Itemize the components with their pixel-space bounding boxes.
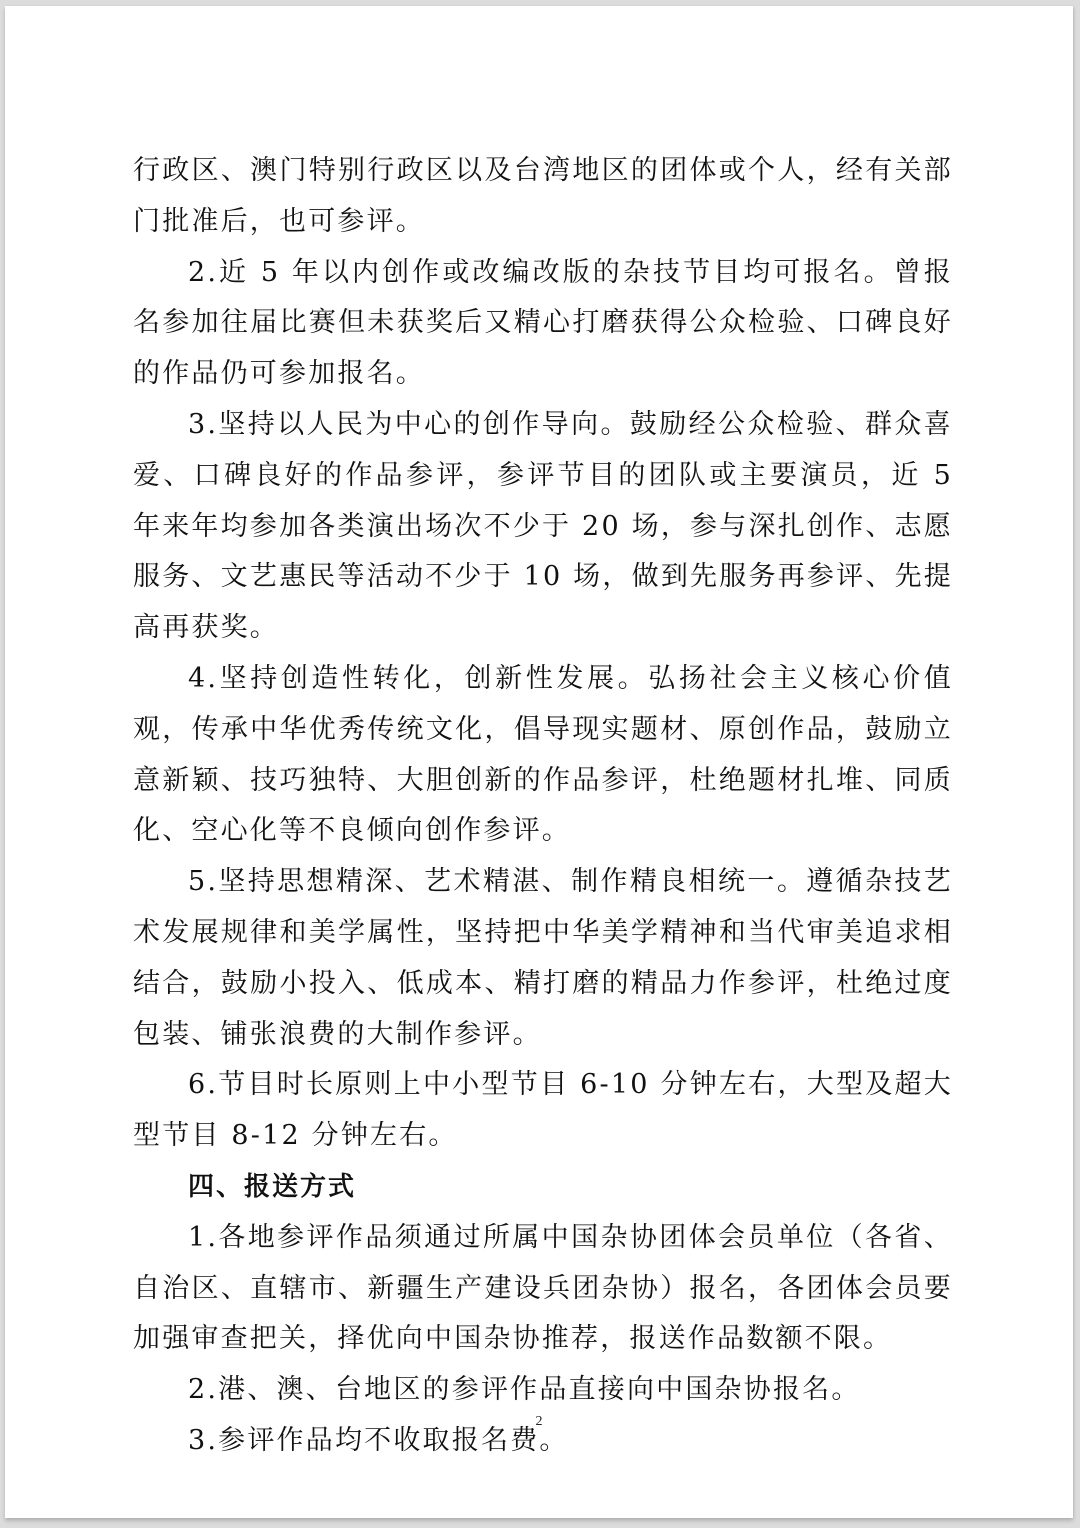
paragraph-item-4: 4.坚持创造性转化，创新性发展。弘扬社会主义核心价值观，传承中华优秀传统文化，倡… [133, 654, 953, 857]
page-number: 2 [5, 1414, 1073, 1430]
document-body: 行政区、澳门特别行政区以及台湾地区的团体或个人，经有关部门批准后，也可参评。 2… [133, 146, 953, 1467]
paragraph-item-6: 6.节目时长原则上中小型节目 6-10 分钟左右，大型及超大型节目 8-12 分… [133, 1060, 953, 1162]
submission-item-2: 2.港、澳、台地区的参评作品直接向中国杂协报名。 [133, 1365, 953, 1416]
document-page: 行政区、澳门特别行政区以及台湾地区的团体或个人，经有关部门批准后，也可参评。 2… [5, 6, 1073, 1518]
paragraph-item-5: 5.坚持思想精深、艺术精湛、制作精良相统一。遵循杂技艺术发展规律和美学属性，坚持… [133, 857, 953, 1060]
paragraph-continuation: 行政区、澳门特别行政区以及台湾地区的团体或个人，经有关部门批准后，也可参评。 [133, 146, 953, 248]
paragraph-item-2: 2.近 5 年以内创作或改编改版的杂技节目均可报名。曾报名参加往届比赛但未获奖后… [133, 248, 953, 400]
paragraph-item-3: 3.坚持以人民为中心的创作导向。鼓励经公众检验、群众喜爱、口碑良好的作品参评，参… [133, 400, 953, 654]
submission-item-1: 1.各地参评作品须通过所属中国杂协团体会员单位（各省、自治区、直辖市、新疆生产建… [133, 1213, 953, 1365]
section-heading: 四、报送方式 [133, 1162, 953, 1213]
